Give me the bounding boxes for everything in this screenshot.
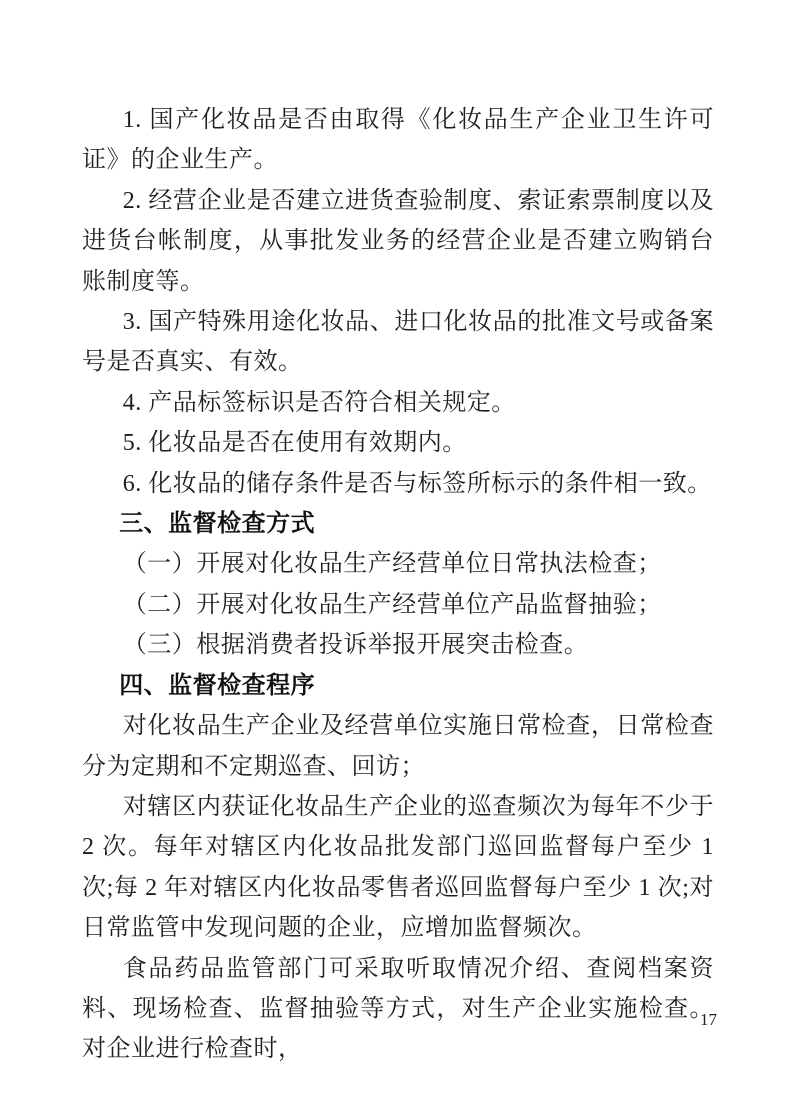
paragraph: 1. 国产化妆品是否由取得《化妆品生产企业卫生许可证》的企业生产。 bbox=[82, 100, 714, 181]
paragraph: 4. 产品标签标识是否符合相关规定。 bbox=[82, 383, 714, 423]
section-heading: 四、监督检查程序 bbox=[82, 666, 714, 706]
paragraph: 对化妆品生产企业及经营单位实施日常检查，日常检查分为定期和不定期巡查、回访； bbox=[82, 706, 714, 787]
page-number: 17 bbox=[700, 1008, 717, 1032]
paragraph: 5. 化妆品是否在使用有效期内。 bbox=[82, 423, 714, 463]
paragraph: 3. 国产特殊用途化妆品、进口化妆品的批准文号或备案号是否真实、有效。 bbox=[82, 302, 714, 383]
document-body: 1. 国产化妆品是否由取得《化妆品生产企业卫生许可证》的企业生产。2. 经营企业… bbox=[82, 100, 714, 1070]
paragraph: 食品药品监管部门可采取听取情况介绍、查阅档案资料、现场检查、监督抽验等方式，对生… bbox=[82, 949, 714, 1070]
paragraph: （二）开展对化妆品生产经营单位产品监督抽验； bbox=[82, 585, 714, 625]
paragraph: （一）开展对化妆品生产经营单位日常执法检查； bbox=[82, 544, 714, 584]
paragraph: 6. 化妆品的储存条件是否与标签所标示的条件相一致。 bbox=[82, 464, 714, 504]
paragraph: （三）根据消费者投诉举报开展突击检查。 bbox=[82, 625, 714, 665]
paragraph: 2. 经营企业是否建立进货查验制度、索证索票制度以及进货台帐制度，从事批发业务的… bbox=[82, 181, 714, 302]
section-heading: 三、监督检查方式 bbox=[82, 504, 714, 544]
document-page: 1. 国产化妆品是否由取得《化妆品生产企业卫生许可证》的企业生产。2. 经营企业… bbox=[0, 0, 793, 1096]
paragraph: 对辖区内获证化妆品生产企业的巡查频次为每年不少于 2 次。每年对辖区内化妆品批发… bbox=[82, 787, 714, 949]
